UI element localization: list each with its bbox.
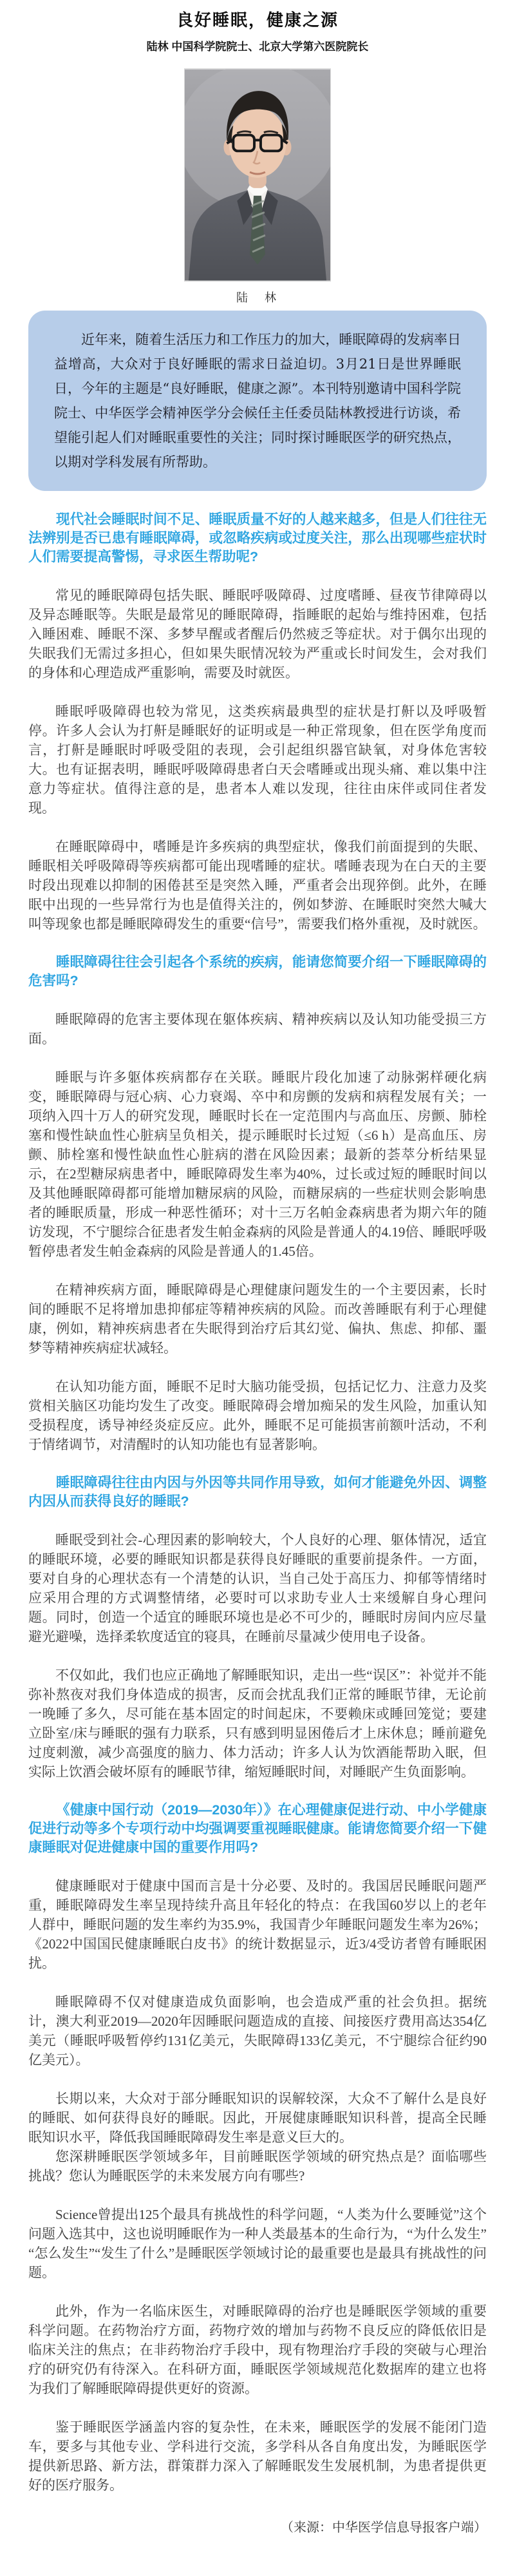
page-title: 良好睡眠，健康之源 (28, 9, 487, 31)
interview-question: 睡眠障碍往往会引起各个系统的疾病，能请您简要介绍一下睡眠障碍的危害吗? (28, 953, 487, 990)
answer-paragraph: 健康睡眠对于健康中国而言是十分必要、及时的。我国居民睡眠问题严重，睡眠障碍发生率… (28, 1876, 487, 1973)
answer-paragraph: 在精神疾病方面，睡眠障碍是心理健康问题发生的一个主要因素，长时间的睡眠不足将增加… (28, 1280, 487, 1358)
answer-paragraph: 睡眠障碍不仅对健康造成负面影响，也会造成严重的社会负担。据统计，澳大利亚2019… (28, 1992, 487, 2070)
answer-paragraph: 此外，作为一名临床医生，对睡眠障碍的治疗也是睡眠医学领域的重要科学问题。在药物治… (28, 2302, 487, 2398)
portrait-photo (184, 68, 331, 282)
interview-question-plain: 您深耕睡眠医学领域多年，目前睡眠医学领域的研究热点是？面临哪些挑战？您认为睡眠医… (28, 2147, 487, 2186)
interview-question: 现代社会睡眠时间不足、睡眠质量不好的人越来越多，但是人们往往无法辨别是否已患有睡… (28, 510, 487, 566)
answer-paragraph: 长期以来，大众对于部分睡眠知识的误解较深，大众不了解什么是良好的睡眠、如何获得良… (28, 2089, 487, 2147)
answer-paragraph: 鉴于睡眠医学涵盖内容的复杂性，在未来，睡眠医学的发展不能闭门造车，要多与其他专业… (28, 2417, 487, 2495)
answer-paragraph: 在认知功能方面，睡眠不足时大脑功能受损，包括记忆力、注意力及奖赏相关脑区功能均发… (28, 1377, 487, 1454)
intro-text: 近年来，随着生活压力和工作压力的加大，睡眠障碍的发病率日益增高，大众对于良好睡眠… (54, 327, 461, 474)
portrait-photo-image (184, 68, 331, 282)
answer-paragraph: 不仅如此，我们也应正确地了解睡眠知识，走出一些“误区”：补觉并不能弥补熬夜对我们… (28, 1666, 487, 1782)
intro-box: 近年来，随着生活压力和工作压力的加大，睡眠障碍的发病率日益增高，大众对于良好睡眠… (28, 311, 487, 491)
answer-paragraph: 睡眠障碍的危害主要体现在躯体疾病、精神疾病以及认知功能受损三方面。 (28, 1010, 487, 1048)
photo-caption: 陆 林 (28, 290, 487, 305)
answer-paragraph: 睡眠呼吸障碍也较为常见，这类疾病最典型的症状是打鼾以及呼吸暂停。许多人会认为打鼾… (28, 702, 487, 818)
qa-section: 现代社会睡眠时间不足、睡眠质量不好的人越来越多，但是人们往往无法辨别是否已患有睡… (28, 510, 487, 2495)
answer-paragraph: 睡眠受到社会-心理因素的影响较大，个人良好的心理、躯体情况，适宜的睡眠环境，必要… (28, 1530, 487, 1646)
source-line: （来源：中华医学信息导报客户端） (28, 2518, 487, 2537)
answer-paragraph: 常见的睡眠障碍包括失眠、睡眠呼吸障碍、过度嗜睡、昼夜节律障碍以及异态睡眠等。失眠… (28, 586, 487, 682)
answer-paragraph: 在睡眠障碍中，嗜睡是许多疾病的典型症状，像我们前面提到的失眠、睡眠相关呼吸障碍等… (28, 837, 487, 934)
interview-question: 睡眠障碍往往由内因与外因等共同作用导致，如何才能避免外因、调整内因从而获得良好的… (28, 1474, 487, 1511)
interview-question: 《健康中国行动（2019—2030年）》在心理健康促进行动、中小学健康促进行动等… (28, 1801, 487, 1857)
answer-paragraph: 睡眠与许多躯体疾病都存在关联。睡眠片段化加速了动脉粥样硬化病变，睡眠障碍与冠心病… (28, 1068, 487, 1261)
byline: 陆林 中国科学院院士、北京大学第六医院院长 (28, 40, 487, 54)
article: 良好睡眠，健康之源 陆林 中国科学院院士、北京大学第六医院院长 (0, 9, 515, 2576)
answer-paragraph: Science曾提出125个最具有挑战性的科学问题，“人类为什么要睡觉”这个问题… (28, 2205, 487, 2282)
